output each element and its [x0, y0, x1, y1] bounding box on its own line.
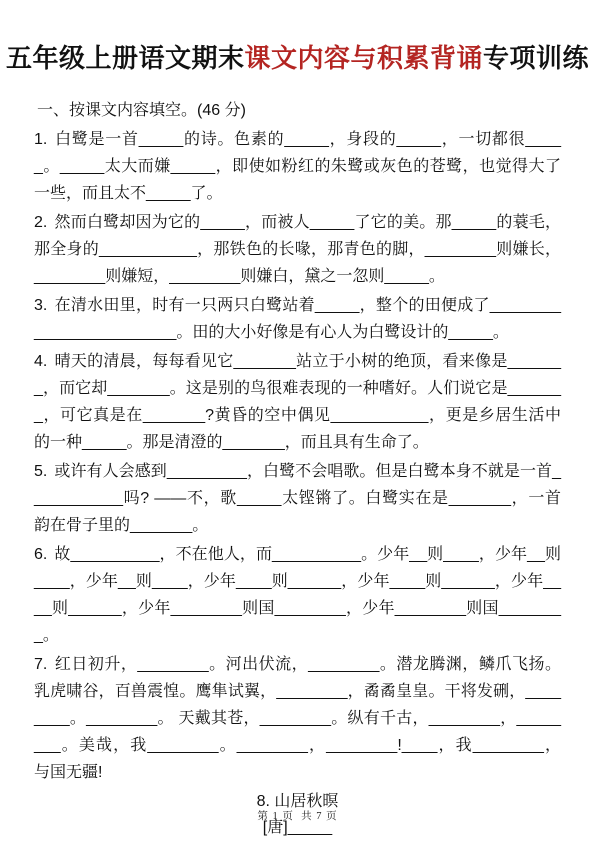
- page-footer: 第 1 页 共 7 页: [0, 808, 595, 823]
- title-part-highlight: 课文内容与积累背诵: [244, 43, 483, 73]
- title-part-right: 专项训练: [483, 43, 589, 73]
- question-number: 6.: [34, 546, 47, 563]
- question-item: 4.晴天的清晨，每每看见它_______站立于小树的绝顶，看来像是_______…: [34, 348, 561, 456]
- question-item: 3.在清水田里，时有一只两只白鹭站着_____，整个的田便成了_________…: [34, 292, 561, 346]
- question-text: 然而白鹭却因为它的_____，而被人_____了它的美。那_____的蓑毛，那全…: [34, 214, 561, 285]
- question-text: 故__________，不在他人，而__________。少年__则____，少…: [34, 546, 561, 644]
- worksheet-page: 五年级上册语文期末课文内容与积累背诵专项训练 一、按课文内容填空。(46 分) …: [0, 0, 595, 841]
- question-text: 在清水田里，时有一只两只白鹭站着_____，整个的田便成了___________…: [34, 297, 561, 341]
- question-text: 红日初升，________。河出伏流，________。潜龙腾渊，鳞爪飞扬。乳虎…: [34, 656, 561, 781]
- question-text: 晴天的清晨，每每看见它_______站立于小树的绝顶，看来像是_______，而…: [34, 353, 561, 451]
- question-text: 或许有人会感到_________，白鹭不会唱歌。但是白鹭本身不就是一首_____…: [34, 463, 561, 534]
- section-heading: 一、按课文内容填空。(46 分): [37, 99, 558, 123]
- question-item: 7.红日初升，________。河出伏流，________。潜龙腾渊，鳞爪飞扬。…: [34, 651, 561, 786]
- question-number: 3.: [34, 297, 47, 314]
- question-number: 5.: [34, 463, 47, 480]
- questions-list: 1.白鹭是一首_____的诗。色素的_____，身段的_____，一切都很___…: [34, 126, 561, 786]
- question-number: 1.: [34, 131, 47, 148]
- question-number: 4.: [34, 353, 47, 370]
- question-item: 2.然而白鹭却因为它的_____，而被人_____了它的美。那_____的蓑毛，…: [34, 209, 561, 290]
- question-number: 7.: [34, 656, 47, 673]
- question-text: 白鹭是一首_____的诗。色素的_____，身段的_____，一切都很_____…: [34, 131, 561, 202]
- question-item: 6.故__________，不在他人，而__________。少年__则____…: [34, 541, 561, 649]
- page-title: 五年级上册语文期末课文内容与积累背诵专项训练: [0, 0, 595, 75]
- question-item: 1.白鹭是一首_____的诗。色素的_____，身段的_____，一切都很___…: [34, 126, 561, 207]
- question-item: 5.或许有人会感到_________，白鹭不会唱歌。但是白鹭本身不就是一首___…: [34, 458, 561, 539]
- question-number: 2.: [34, 214, 47, 231]
- title-part-left: 五年级上册语文期末: [6, 43, 245, 73]
